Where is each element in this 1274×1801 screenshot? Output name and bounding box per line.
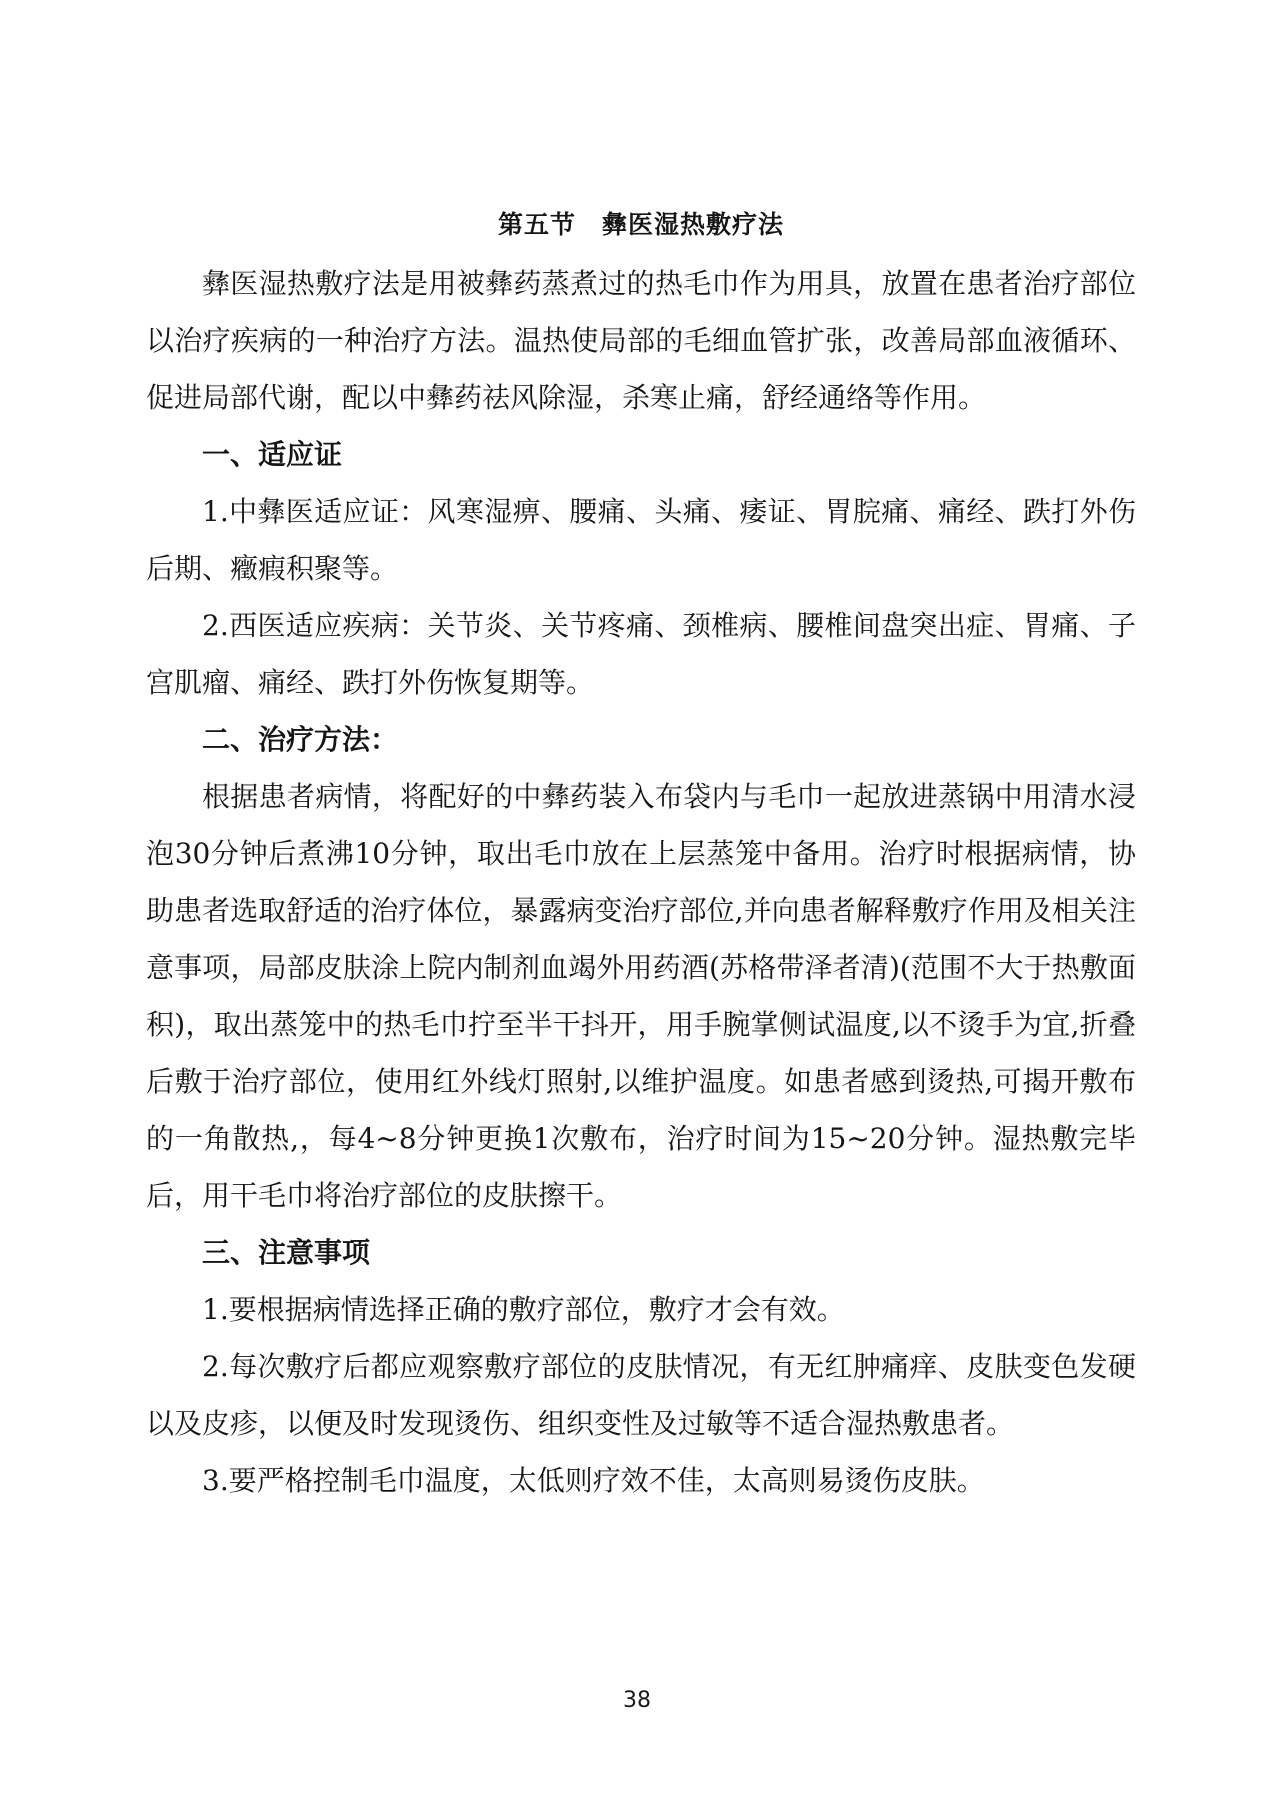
document-page: 第五节 彝医湿热敷疗法 彝医湿热敷疗法是用被彝药蒸煮过的热毛巾作为用具，放置在患… [0,0,1274,1801]
heading-indications: 一、适应证 [146,426,1136,483]
heading-treatment-method: 二、治疗方法： [146,711,1136,768]
section-title: 第五节 彝医湿热敷疗法 [146,196,1136,253]
heading-precautions: 三、注意事项 [146,1224,1136,1281]
treatment-method-paragraph: 根据患者病情，将配好的中彝药装入布袋内与毛巾一起放进蒸锅中用清水浸泡30分钟后煮… [146,768,1136,1224]
intro-paragraph: 彝医湿热敷疗法是用被彝药蒸煮过的热毛巾作为用具，放置在患者治疗部位以治疗疾病的一… [146,255,1136,426]
precautions-item-2: 2.每次敷疗后都应观察敷疗部位的皮肤情况，有无红肿痛痒、皮肤变色发硬以及皮疹，以… [146,1338,1136,1452]
precautions-item-3: 3.要严格控制毛巾温度，太低则疗效不佳，太高则易烫伤皮肤。 [146,1452,1136,1509]
indications-item-1: 1.中彝医适应证：风寒湿痹、腰痛、头痛、痿证、胃脘痛、痛经、跌打外伤后期、癥瘕积… [146,483,1136,597]
indications-item-2: 2.西医适应疾病：关节炎、关节疼痛、颈椎病、腰椎间盘突出症、胃痛、子宫肌瘤、痛经… [146,597,1136,711]
document-content: 第五节 彝医湿热敷疗法 彝医湿热敷疗法是用被彝药蒸煮过的热毛巾作为用具，放置在患… [146,196,1136,1509]
precautions-item-1: 1.要根据病情选择正确的敷疗部位，敷疗才会有效。 [146,1281,1136,1338]
page-number: 38 [0,1688,1274,1713]
